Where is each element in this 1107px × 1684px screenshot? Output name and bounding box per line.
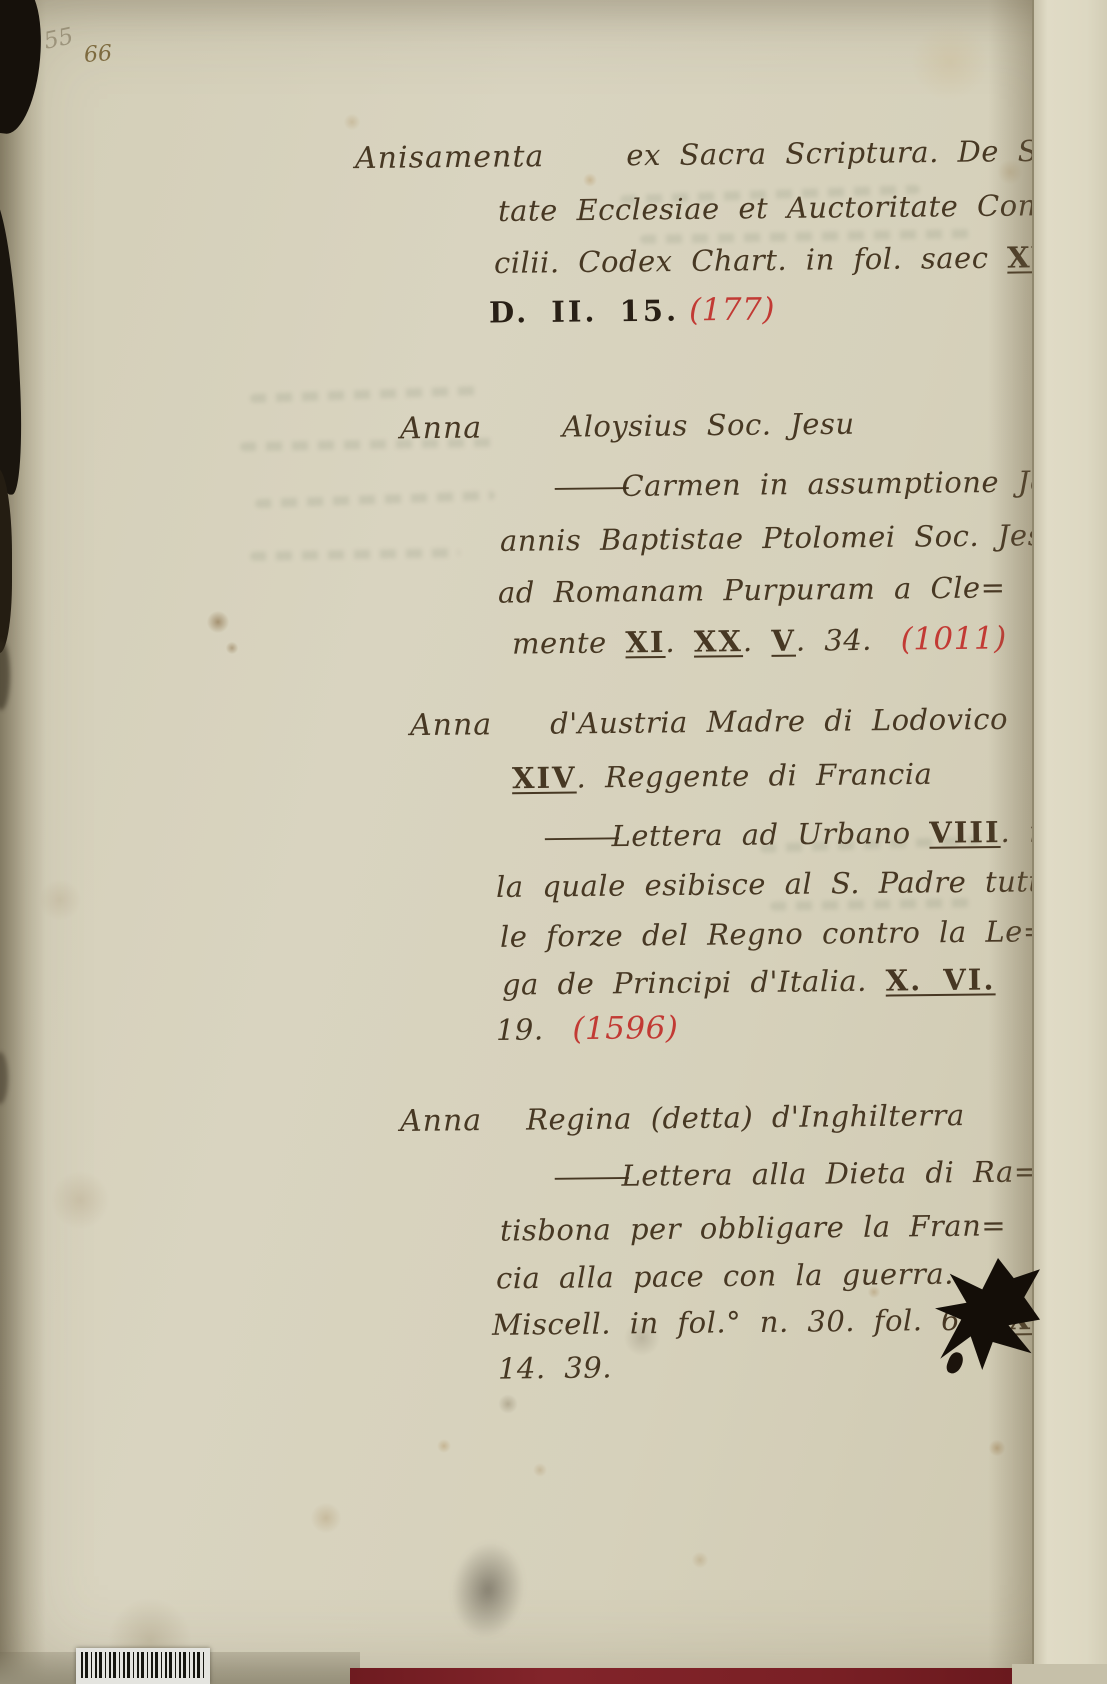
line-text: mente (512, 625, 626, 660)
next-page-edge (1032, 0, 1107, 1684)
entry-headword: Anna (400, 411, 483, 447)
line-text: cilii. Codex Chart. in fol. saec (494, 241, 1008, 280)
underlined-roman-numeral: XX (694, 624, 743, 659)
manuscript-line: cilii. Codex Chart. in fol. saec XV (494, 241, 1057, 280)
manuscript-line: D. II. 15.(177) (489, 293, 775, 332)
line-text: le forze del Regno contro la Le= (500, 914, 1048, 954)
line-text: tate Ecclesiae et Auctoritate Con= (498, 188, 1062, 228)
book-cover-strip (350, 1668, 1012, 1684)
entry-row: AnnaAloysius Soc. Jesu (400, 408, 855, 447)
manuscript-line: tisbona per obbligare la Fran= (500, 1209, 1006, 1248)
show-through-text (250, 386, 480, 403)
line-text: cia alla pace con la guerra. (496, 1257, 954, 1296)
line-text: 14. 39. (498, 1350, 612, 1385)
page-edge-shadow (988, 0, 1032, 1684)
line-text: Miscell. in fol.° n. 30. fol. 63. (492, 1302, 1008, 1341)
manuscript-line: tate Ecclesiae et Auctoritate Con= (498, 189, 1062, 228)
line-text: . 34. (796, 623, 891, 658)
manuscript-line: le forze del Regno contro la Le= (500, 915, 1048, 954)
em-dash: — (551, 1160, 634, 1194)
line-text: 19. (496, 1012, 563, 1047)
manuscript-line: annis Baptistae Ptolomei Soc. Jes. (500, 519, 1053, 558)
line-text: . (665, 625, 694, 659)
entry-headword: Anna (410, 707, 493, 743)
barcode-sticker (76, 1648, 210, 1684)
underlined-roman-numeral: V (771, 624, 796, 658)
entry-headword: Anisamenta (355, 139, 545, 176)
corner-mark: 55 (42, 23, 76, 55)
manuscript-line: ga de Principi d'Italia. X. VI. (502, 963, 996, 1002)
shelfmark: D. II. 15. (489, 294, 679, 330)
line-text: annis Baptistae Ptolomei Soc. Jes. (500, 518, 1053, 558)
underlined-roman-numeral: XIV (512, 761, 577, 796)
manuscript-line: 19. (1596) (496, 1011, 679, 1049)
manuscript-page: 55 66 Anisamentaex Sacra Scriptura. De S… (0, 0, 1107, 1684)
manuscript-line: ad Romanam Purpuram a Cle= (498, 571, 1006, 610)
scan-bottom-edge (1012, 1664, 1107, 1684)
red-protocol-number: (177) (689, 292, 775, 329)
manuscript-line: la quale esibisce al S. Padre tutte (496, 865, 1059, 904)
red-protocol-number: (1596) (572, 1010, 678, 1047)
manuscript-line: XIV. Reggente di Francia (512, 758, 933, 796)
entry-row: Annad'Austria Madre di Lodovico (410, 703, 1008, 744)
line-text: tisbona per obbligare la Fran= (500, 1208, 1006, 1247)
entry-row: AnnaRegina (detta) d'Inghilterra (400, 1099, 965, 1139)
line-text: . Reggente di Francia (576, 757, 932, 795)
entry-headword: Anna (400, 1103, 483, 1139)
manuscript-line: —Lettera alla Dieta di Ra= (540, 1155, 1039, 1194)
line-text: Lettera ad Urbano (611, 816, 929, 853)
line-text: la quale esibisce al S. Padre tutte (496, 864, 1059, 904)
folio-number: 66 (83, 41, 113, 68)
underlined-roman-numeral: XI (625, 625, 665, 659)
manuscript-line: cia alla pace con la guerra. (496, 1258, 954, 1296)
line-text: ga de Principi d'Italia. (502, 964, 886, 1002)
line-text: ad Romanam Purpuram a Cle= (498, 570, 1006, 609)
show-through-text (250, 548, 460, 561)
manuscript-line: 14. 39. (498, 1351, 612, 1386)
em-dash: — (551, 470, 634, 504)
show-through-text (255, 491, 495, 508)
underlined-roman-numeral: X. VI. (885, 962, 995, 997)
line-text: Aloysius Soc. Jesu (562, 407, 855, 444)
line-text: d'Austria Madre di Lodovico (550, 702, 1008, 741)
manuscript-line: mente XI. XX. V. 34. (1011) (512, 621, 1007, 662)
line-text: . (743, 624, 772, 658)
line-text: Lettera alla Dieta di Ra= (621, 1154, 1038, 1192)
em-dash: — (541, 820, 624, 854)
ink-blot-drip (945, 1350, 966, 1375)
barcode-bars (81, 1652, 205, 1678)
smudge-stain (446, 1537, 531, 1642)
line-text: Regina (detta) d'Inghilterra (526, 1098, 965, 1137)
